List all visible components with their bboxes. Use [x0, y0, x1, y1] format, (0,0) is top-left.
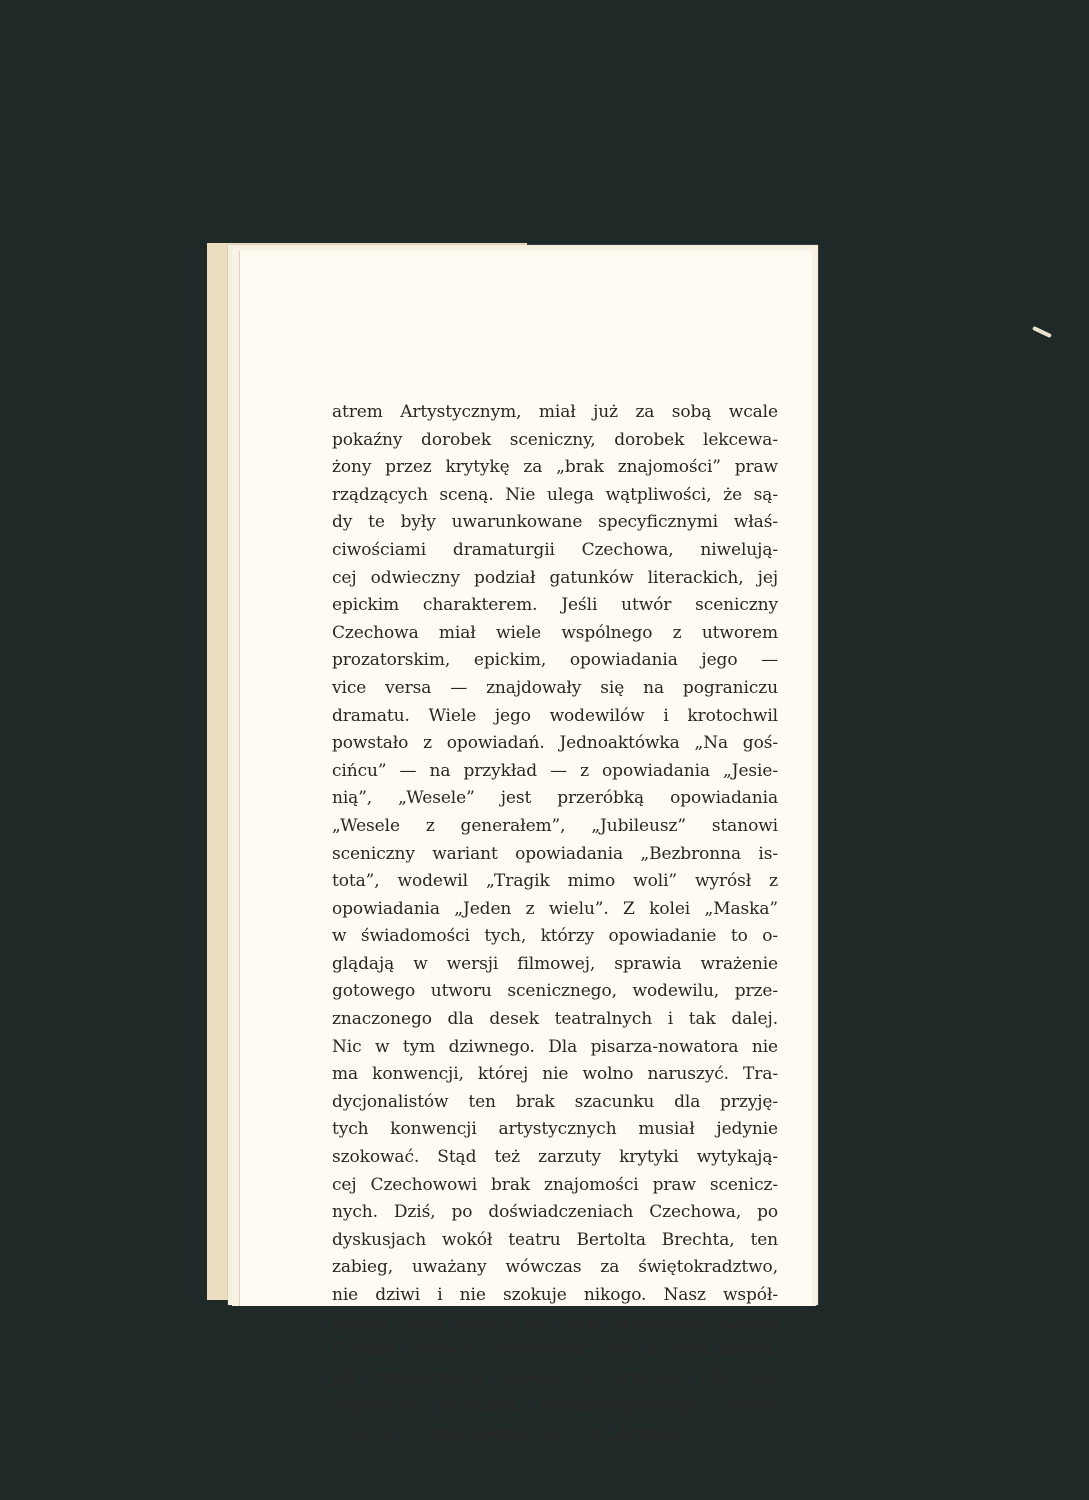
- text-line: nych. Dziś, po doświadczeniach Czechowa,…: [332, 1199, 778, 1227]
- text-line: dramatu. Wiele jego wodewilów i krotochw…: [332, 703, 778, 731]
- text-line: tota”, wodewil „Tragik mimo woli” wyrósł…: [332, 868, 778, 896]
- text-line: zaprzeczy geniuszu dramaturgicznego auto…: [332, 1392, 778, 1420]
- text-line: rządzących sceną. Nie ulega wątpliwości,…: [332, 482, 778, 510]
- paper-fleck: [1032, 326, 1052, 338]
- text-line: znaczonego dla desek teatralnych i tak d…: [332, 1006, 778, 1034]
- text-line: prozatorskim, epickim, opowiadania jego …: [332, 647, 778, 675]
- text-line: czesny teatr pozbył się tych przesądów. …: [332, 1310, 778, 1338]
- text-line: epickim charakterem. Jeśli utwór scenicz…: [332, 592, 778, 620]
- text-line: zabieg, uważany wówczas za świętokradztw…: [332, 1254, 778, 1282]
- text-line: żony przez krytykę za „brak znajomości” …: [332, 454, 778, 482]
- text-line: w świadomości tych, którzy opowiadanie t…: [332, 923, 778, 951]
- text-line: dycjonalistów ten brak szacunku dla przy…: [332, 1089, 778, 1117]
- text-line: vice versa — znajdowały się na pogranicz…: [332, 675, 778, 703]
- text-line: „Wesele z generałem”, „Jubileusz” stanow…: [332, 813, 778, 841]
- text-line: pokaźny dorobek sceniczny, dorobek lekce…: [332, 427, 778, 455]
- text-line: gotowego utworu scenicznego, wodewilu, p…: [332, 978, 778, 1006]
- text-line: nie dziwi i nie szokuje nikogo. Nasz wsp…: [332, 1282, 778, 1310]
- text-line: cińcu” — na przykład — z opowiadania „Je…: [332, 758, 778, 786]
- text-line: ma konwencji, której nie wolno naruszyć.…: [332, 1061, 778, 1089]
- text-line: cej Czechowowi brak znajomości praw scen…: [332, 1172, 778, 1200]
- text-line: glądają w wersji filmowej, sprawia wraże…: [332, 951, 778, 979]
- text-line: powstało z opowiadań. Jednoaktówka „Na g…: [332, 730, 778, 758]
- text-line: Czechowa miał wiele wspólnego z utworem: [332, 620, 778, 648]
- text-line: Eugéne Ionesco „Nosorożec” jest niczym i…: [332, 1337, 778, 1365]
- text-line: sceniczny wariant opowiadania „Bezbronna…: [332, 841, 778, 869]
- text-line: cej odwieczny podział gatunków literacki…: [332, 565, 778, 593]
- text-line: „Lekcji”, „Łysej śpiewaczki” czy „Krzese…: [332, 1420, 778, 1448]
- body-text: atrem Artystycznym, miał już za sobą wca…: [332, 399, 778, 1448]
- text-line: dy te były uwarunkowane specyficznymi wł…: [332, 509, 778, 537]
- text-line: szokować. Stąd też zarzuty krytyki wytyk…: [332, 1144, 778, 1172]
- text-line: ciwościami dramaturgii Czechowa, niweluj…: [332, 537, 778, 565]
- text-line: Nic w tym dziwnego. Dla pisarza-nowatora…: [332, 1034, 778, 1062]
- text-line: opowiadania „Jeden z wielu”. Z kolei „Ma…: [332, 896, 778, 924]
- text-line: jak transkrypcją noweli. A przecież nikt…: [332, 1365, 778, 1393]
- text-line: tych konwencji artystycznych musiał jedy…: [332, 1116, 778, 1144]
- text-line: dyskusjach wokół teatru Bertolta Brechta…: [332, 1227, 778, 1255]
- text-line: nią”, „Wesele” jest przeróbką opowiadani…: [332, 785, 778, 813]
- text-line: atrem Artystycznym, miał już za sobą wca…: [332, 399, 778, 427]
